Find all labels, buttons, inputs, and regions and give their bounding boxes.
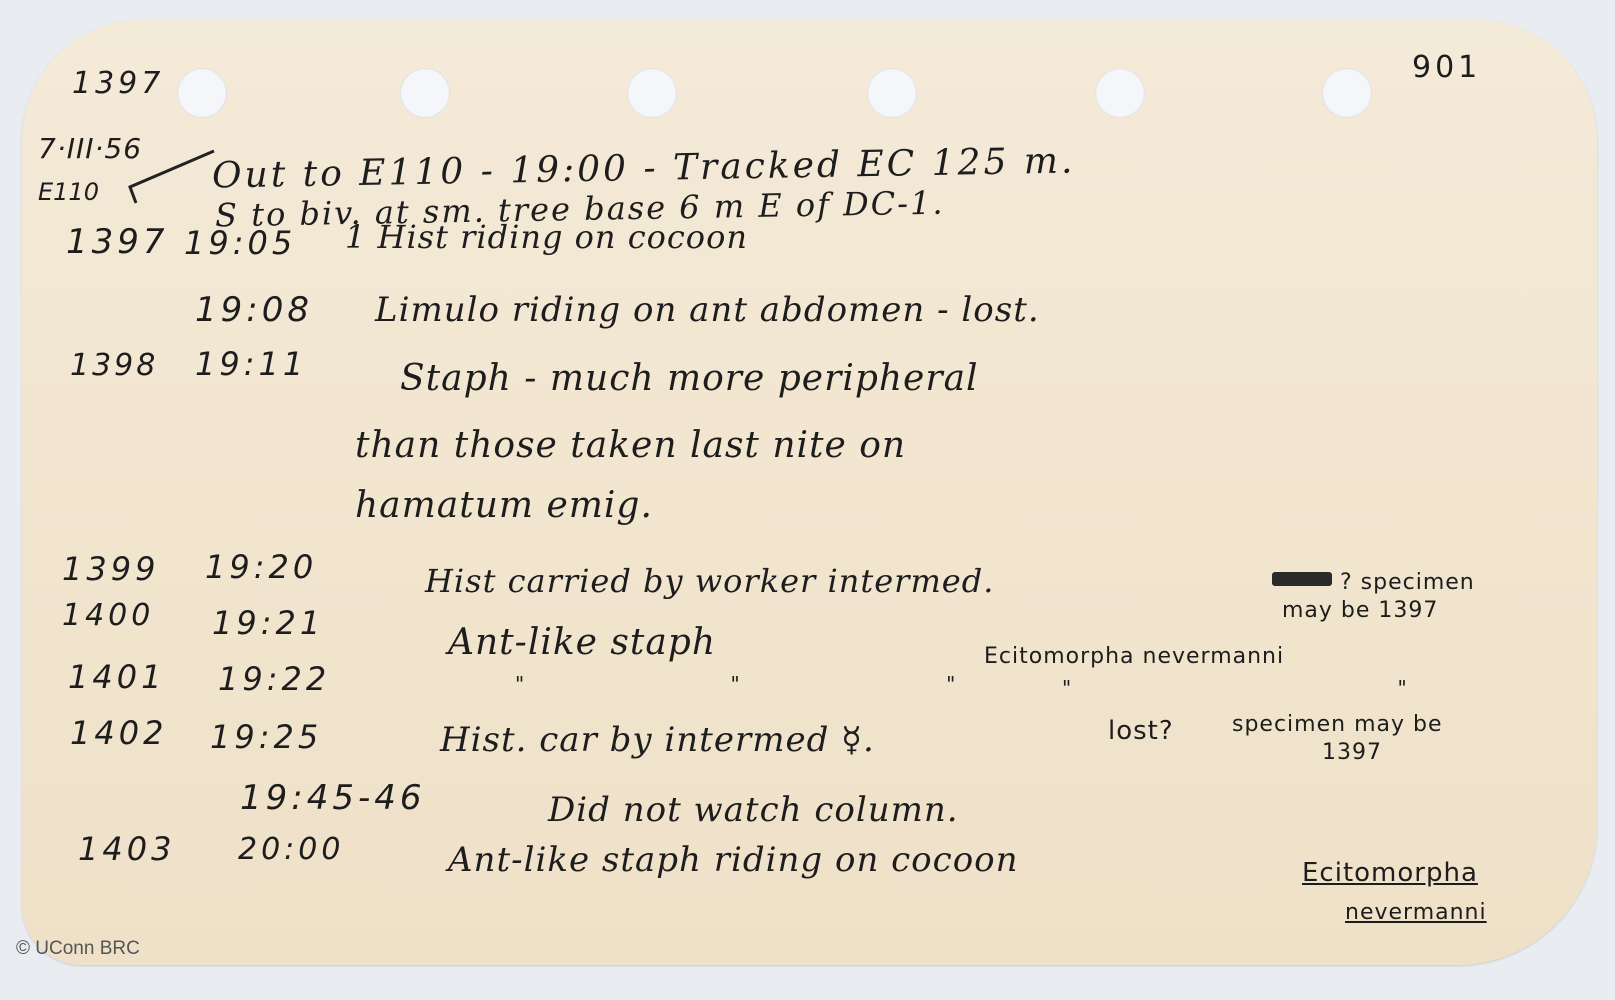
- entry-time: 19:08: [195, 290, 313, 330]
- entry-number: 1399: [62, 550, 159, 588]
- specimen-note: ? specimen: [1340, 570, 1475, 595]
- entry-text: Limulo riding on ant abdomen - lost.: [375, 290, 1040, 330]
- entry-time: 19:05: [184, 224, 296, 262]
- entry-number: 1397: [66, 222, 169, 262]
- copyright-label: © UConn BRC: [16, 938, 140, 960]
- lost-note: lost?: [1108, 716, 1174, 746]
- entry-text: Ant-like staph riding on cocoon: [448, 840, 1019, 880]
- site-label: E110: [38, 178, 99, 206]
- entry-number: 1401: [68, 658, 165, 696]
- entry-number: 1398: [70, 348, 158, 383]
- entry-text: Hist carried by worker intermed.: [425, 562, 994, 600]
- entry-time: 19:22: [218, 660, 330, 698]
- entry-text: Staph - much more peripheral: [400, 358, 979, 399]
- entry-text: Did not watch column.: [548, 790, 959, 830]
- entry-time: 19:20: [205, 548, 317, 586]
- entry-text: hamatum emig.: [355, 485, 653, 526]
- entry-text: Hist. car by intermed ☿.: [440, 720, 875, 760]
- entry-text: Ant-like staph: [448, 622, 716, 663]
- ditto-marks: " " ": [515, 672, 1055, 696]
- punch-hole: [177, 68, 227, 118]
- specimen-note: 1397: [1322, 740, 1382, 765]
- entry-number: 1403: [78, 830, 175, 868]
- specimen-note: may be 1397: [1282, 598, 1438, 623]
- entry-time: 19:25: [210, 718, 322, 756]
- punch-hole: [627, 68, 677, 118]
- species-epithet: nevermanni: [1345, 900, 1487, 925]
- entry-time: 19:11: [195, 345, 307, 383]
- entry-time: 20:00: [238, 832, 344, 867]
- punch-hole: [867, 68, 917, 118]
- card-number-left: 1397: [72, 66, 164, 101]
- specimen-note: specimen may be: [1232, 712, 1443, 737]
- check-mark-icon: [110, 145, 220, 205]
- entry-time: 19:45-46: [240, 778, 426, 818]
- entry-number: 1402: [70, 714, 167, 752]
- entry-number: 1400: [62, 598, 154, 633]
- card-number-right: 901: [1412, 50, 1481, 85]
- ditto-marks: " ": [1062, 676, 1567, 700]
- entry-time: 19:21: [212, 604, 324, 642]
- species-name: Ecitomorpha nevermanni: [984, 644, 1284, 669]
- entry-text: than those taken last nite on: [355, 425, 906, 466]
- punch-hole: [400, 68, 450, 118]
- entry-text: 1 Hist riding on cocoon: [345, 218, 748, 256]
- punch-hole: [1322, 68, 1372, 118]
- species-genus: Ecitomorpha: [1302, 858, 1478, 888]
- crossed-out-word: [1272, 572, 1332, 586]
- punch-hole: [1095, 68, 1145, 118]
